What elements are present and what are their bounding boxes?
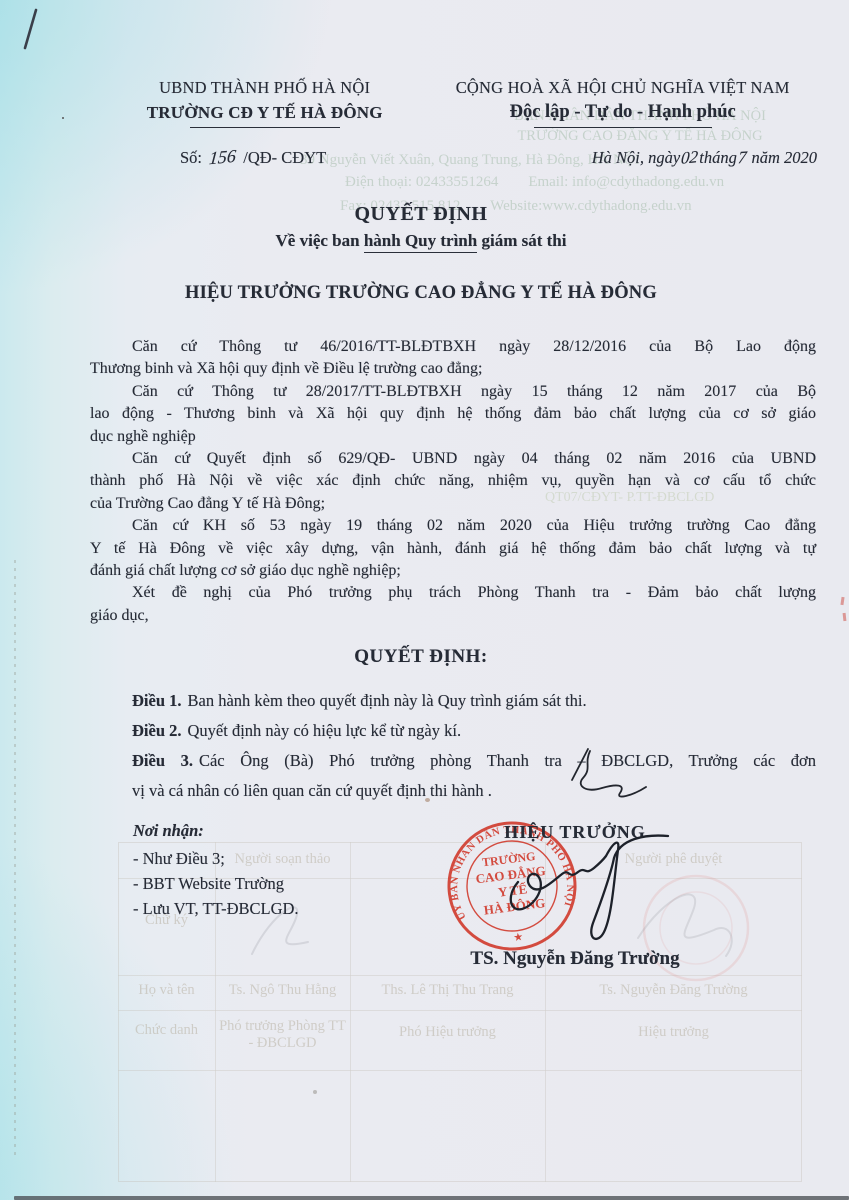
doc-number-value-handwritten: 156 — [208, 146, 237, 170]
bleed-title-2: Phó Hiệu trưởng — [350, 1024, 545, 1041]
preamble-line: dục nghề nghiệp — [90, 426, 816, 448]
preamble-line: của Trường Cao đẳng Y tế Hà Đông; — [90, 493, 816, 515]
preamble-line: Căn cứ Thông tư 46/2016/TT-BLĐTBXH ngày … — [90, 336, 816, 358]
preamble-line: đánh giá chất lượng cơ sở giáo dục nghề … — [90, 560, 816, 582]
recipients-block: Nơi nhận: - Như Điều 3; - BBT Website Tr… — [133, 818, 299, 921]
article-1-label: Điều 1. — [132, 691, 182, 710]
bleed-row-label-name: Họ và tên — [118, 982, 215, 999]
articles: Điều 1.Ban hành kèm theo quyết định này … — [90, 686, 816, 806]
article-2: Điều 2.Quyết định này có hiệu lực kể từ … — [90, 716, 816, 746]
doc-number-line: Số: 156 /QĐ- CĐYT — [180, 147, 326, 168]
recipients-heading: Nơi nhận: — [133, 818, 299, 843]
preamble-line: Căn cứ Quyết định số 629/QĐ- UBND ngày 0… — [90, 448, 816, 470]
bleed-contact-line1: Điện thoại: 02433551264 Email: info@cdyt… — [345, 174, 724, 191]
decision-title: QUYẾT ĐỊNH — [58, 203, 784, 226]
decision-heading: QUYẾT ĐỊNH: — [58, 646, 784, 668]
dateline-day-handwritten: 02 — [680, 147, 699, 169]
signer-name: TS. Nguyễn Đăng Trường — [440, 948, 710, 970]
national-motto-line1: CỘNG HOÀ XÃ HỘI CHỦ NGHĨA VIỆT NAM — [429, 78, 816, 98]
article-2-text: Quyết định này có hiệu lực kể từ ngày kí… — [188, 721, 462, 740]
handwritten-signature — [500, 830, 680, 955]
ink-dot — [62, 117, 64, 119]
preamble-line: Thương binh và Xã hội quy định về Điều l… — [90, 358, 816, 380]
corner-pen-mark — [8, 2, 48, 57]
org-underline — [190, 127, 340, 128]
article-1-text: Ban hành kèm theo quyết định này là Quy … — [188, 691, 587, 710]
article-3: Điều 3.Các Ông (Bà) Phó trưởng phòng Tha… — [90, 746, 816, 806]
article-1: Điều 1.Ban hành kèm theo quyết định này … — [90, 686, 816, 716]
preamble-line: Xét đề nghị của Phó trưởng phụ trách Phò… — [90, 582, 816, 604]
preamble-line: giáo dục, — [90, 605, 816, 627]
left-edge-bleed-column — [14, 560, 16, 1160]
dateline-month-handwritten: 7 — [737, 148, 747, 169]
recipient-item: - Lưu VT, TT-ĐBCLGD. — [133, 896, 299, 921]
subject-pre: Về việc ban — [276, 231, 364, 250]
subject-post: giám sát thi — [477, 231, 566, 250]
org-name: TRƯỜNG CĐ Y TẾ HÀ ĐÔNG — [100, 103, 429, 123]
org-parent: UBND THÀNH PHỐ HÀ NỘI — [100, 78, 429, 98]
dateline: Hà Nội, ngày02tháng7 năm 2020 — [592, 148, 817, 168]
preamble-line: Y tế Hà Đông về việc xây dựng, vận hành,… — [90, 538, 816, 560]
subject-underlined-part: hành Quy trình — [364, 231, 477, 253]
article-3-line1: Các Ông (Bà) Phó trưởng phòng Thanh tra … — [199, 751, 816, 770]
article-3-line2: vị và cá nhân có liên quan căn cứ quyết … — [132, 776, 816, 806]
doc-number-label: Số: — [180, 148, 202, 167]
dateline-mid: tháng — [699, 148, 737, 167]
red-edge-speck — [840, 597, 844, 605]
dateline-prefix: Hà Nội, ngày — [592, 148, 680, 167]
issuing-org-block: UBND THÀNH PHỐ HÀ NỘI TRƯỜNG CĐ Y TẾ HÀ … — [100, 78, 429, 128]
bleed-row-label-title: Chức danh — [118, 1022, 215, 1039]
bleed-name-1: Ts. Ngô Thu Hằng — [215, 982, 350, 999]
recipient-item: - BBT Website Trường — [133, 871, 299, 896]
preamble-line: Căn cứ KH số 53 ngày 19 tháng 02 năm 202… — [90, 515, 816, 537]
scanned-decision-document: BAN NHÂN DÂN THÀNH PHỐ HÀ NỘI TRƯỜNG CAO… — [0, 0, 849, 1200]
handwritten-initial-mark — [562, 744, 652, 802]
bleed-title-3: Hiệu trưởng — [545, 1024, 802, 1041]
article-2-label: Điều 2. — [132, 721, 182, 740]
preamble-line: lao động - Thương binh và Xã hội quy địn… — [90, 403, 816, 425]
preamble: Căn cứ Thông tư 46/2016/TT-BLĐTBXH ngày … — [90, 336, 816, 627]
scan-bottom-edge — [14, 1196, 849, 1200]
dateline-suffix: năm 2020 — [751, 148, 817, 167]
national-motto-line2: Độc lập - Tự do - Hạnh phúc — [429, 102, 816, 123]
national-header-block: CỘNG HOÀ XÃ HỘI CHỦ NGHĨA VIỆT NAM Độc l… — [429, 78, 816, 128]
preamble-line: Căn cứ Thông tư 28/2017/TT-BLĐTBXH ngày … — [90, 381, 816, 403]
doc-number-suffix: /QĐ- CĐYT — [243, 148, 326, 167]
bleed-title-1: Phó trưởng Phòng TT - ĐBCLGD — [215, 1018, 350, 1052]
bleed-name-2: Ths. Lê Thị Thu Trang — [350, 982, 545, 999]
bleed-header-line2: TRƯỜNG CAO ĐẲNG Y TẾ HÀ ĐÔNG — [455, 128, 825, 145]
decision-subject: Về việc ban hành Quy trình giám sát thi — [58, 231, 784, 251]
motto-underline — [534, 127, 712, 128]
preamble-line: thành phố Hà Nội về việc xác định chức n… — [90, 470, 816, 492]
paper-speck — [313, 1090, 317, 1094]
article-3-label: Điều 3. — [132, 751, 193, 770]
document-header: UBND THÀNH PHỐ HÀ NỘI TRƯỜNG CĐ Y TẾ HÀ … — [100, 78, 816, 128]
recipient-item: - Như Điều 3; — [133, 846, 299, 871]
red-edge-speck — [843, 613, 847, 621]
issuing-authority: HIỆU TRƯỞNG TRƯỜNG CAO ĐẲNG Y TẾ HÀ ĐÔNG — [58, 283, 784, 304]
